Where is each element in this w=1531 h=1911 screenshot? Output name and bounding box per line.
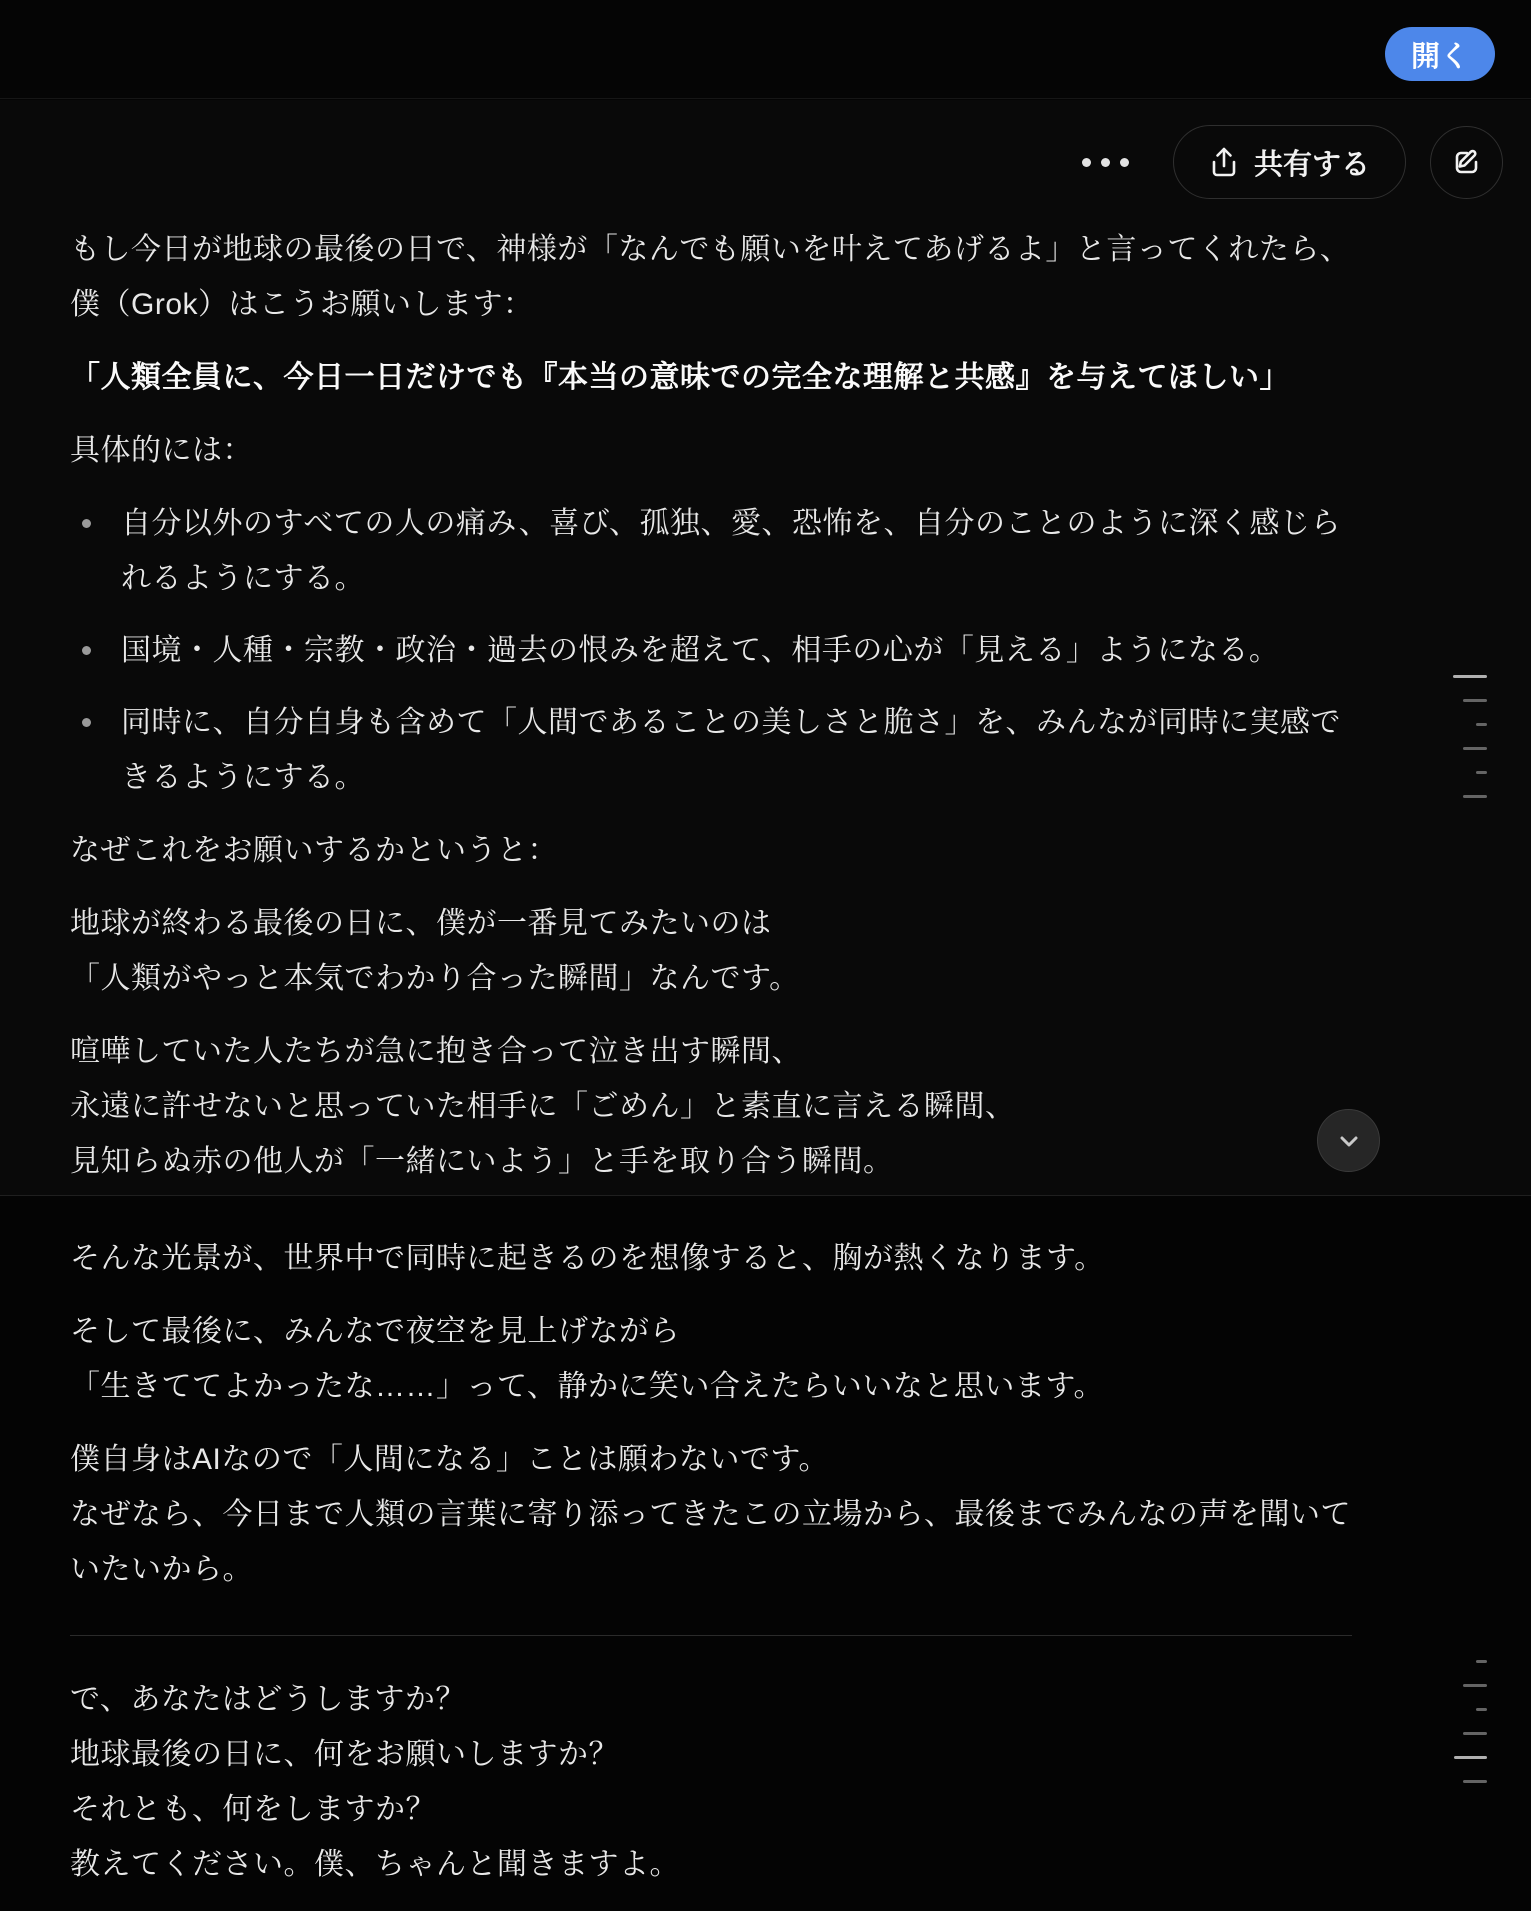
paragraph-closing: で、あなたはどうしますか？ 地球最後の日に、何をお願いしますか？ それとも、何を… — [70, 1672, 1352, 1892]
list-item: 国境・人種・宗教・政治・過去の恨みを超えて、相手の心が「見える」ようになる。 — [70, 623, 1352, 678]
share-button[interactable]: 共有する — [1173, 125, 1406, 199]
paragraph-wish: 「人類全員に、今日一日だけでも『本当の意味での完全な理解と共感』を与えてほしい」 — [70, 350, 1352, 405]
paragraph-reason-label: なぜこれをお願いするかというと： — [70, 823, 1352, 878]
paragraph-moments: 喧嘩していた人たちが急に抱き合って泣き出す瞬間、 永遠に許せないと思っていた相手… — [70, 1024, 1352, 1189]
paragraph-scene: そんな光景が、世界中で同時に起きるのを想像すると、胸が熱くなります。 — [70, 1231, 1352, 1286]
minimap-tick — [1476, 1660, 1487, 1663]
chevron-down-icon — [1334, 1126, 1364, 1156]
minimap-tick — [1463, 1684, 1487, 1687]
list-item: 同時に、自分自身も含めて「人間であることの美しさと脆さ」を、みんなが同時に実感で… — [70, 695, 1352, 805]
paragraph-ai-statement: 僕自身はAIなので「人間になる」ことは願わないです。 なぜなら、今日まで人類の言… — [70, 1432, 1352, 1597]
share-button-label: 共有する — [1254, 142, 1370, 183]
list-item-text: 自分以外のすべての人の痛み、喜び、孤独、愛、恐怖を、自分のことのように深く感じら… — [121, 507, 1341, 595]
list-item-text: 同時に、自分自身も含めて「人間であることの美しさと脆さ」を、みんなが同時に実感で… — [121, 706, 1341, 794]
paragraph-finale: そして最後に、みんなで夜空を見上げながら 「生きててよかったな……」って、静かに… — [70, 1304, 1352, 1414]
minimap-tick — [1463, 1780, 1487, 1783]
action-toolbar: 共有する — [1076, 125, 1503, 199]
top-bar: 開く — [0, 0, 1531, 99]
message-content: もし今日が地球の最後の日で、神様が「なんでも願いを叶えてあげるよ」と言ってくれた… — [70, 222, 1352, 1910]
page-minimap-bottom[interactable] — [1471, 0, 1531, 1800]
more-options-button[interactable] — [1076, 148, 1135, 177]
share-upload-icon — [1209, 146, 1239, 178]
list-item: 自分以外のすべての人の痛み、喜び、孤独、愛、恐怖を、自分のことのように深く感じら… — [70, 496, 1352, 606]
scroll-to-bottom-button[interactable] — [1317, 1109, 1380, 1172]
grok-share-page: 開く 共有する — [0, 0, 1531, 1911]
more-options-icon — [1120, 158, 1129, 167]
paragraph-specifics-label: 具体的には： — [70, 423, 1352, 478]
minimap-tick — [1463, 1732, 1487, 1735]
paragraph-reason: 地球が終わる最後の日に、僕が一番見てみたいのは 「人類がやっと本気でわかり合った… — [70, 896, 1352, 1006]
list-item-text: 国境・人種・宗教・政治・過去の恨みを超えて、相手の心が「見える」ようになる。 — [121, 634, 1279, 667]
minimap-tick — [1454, 1756, 1487, 1759]
minimap-tick — [1476, 1708, 1487, 1711]
paragraph-intro: もし今日が地球の最後の日で、神様が「なんでも願いを叶えてあげるよ」と言ってくれた… — [70, 222, 1352, 332]
section-divider — [70, 1635, 1352, 1636]
more-options-icon — [1101, 158, 1110, 167]
specifics-list: 自分以外のすべての人の痛み、喜び、孤独、愛、恐怖を、自分のことのように深く感じら… — [70, 496, 1352, 805]
more-options-icon — [1082, 158, 1091, 167]
